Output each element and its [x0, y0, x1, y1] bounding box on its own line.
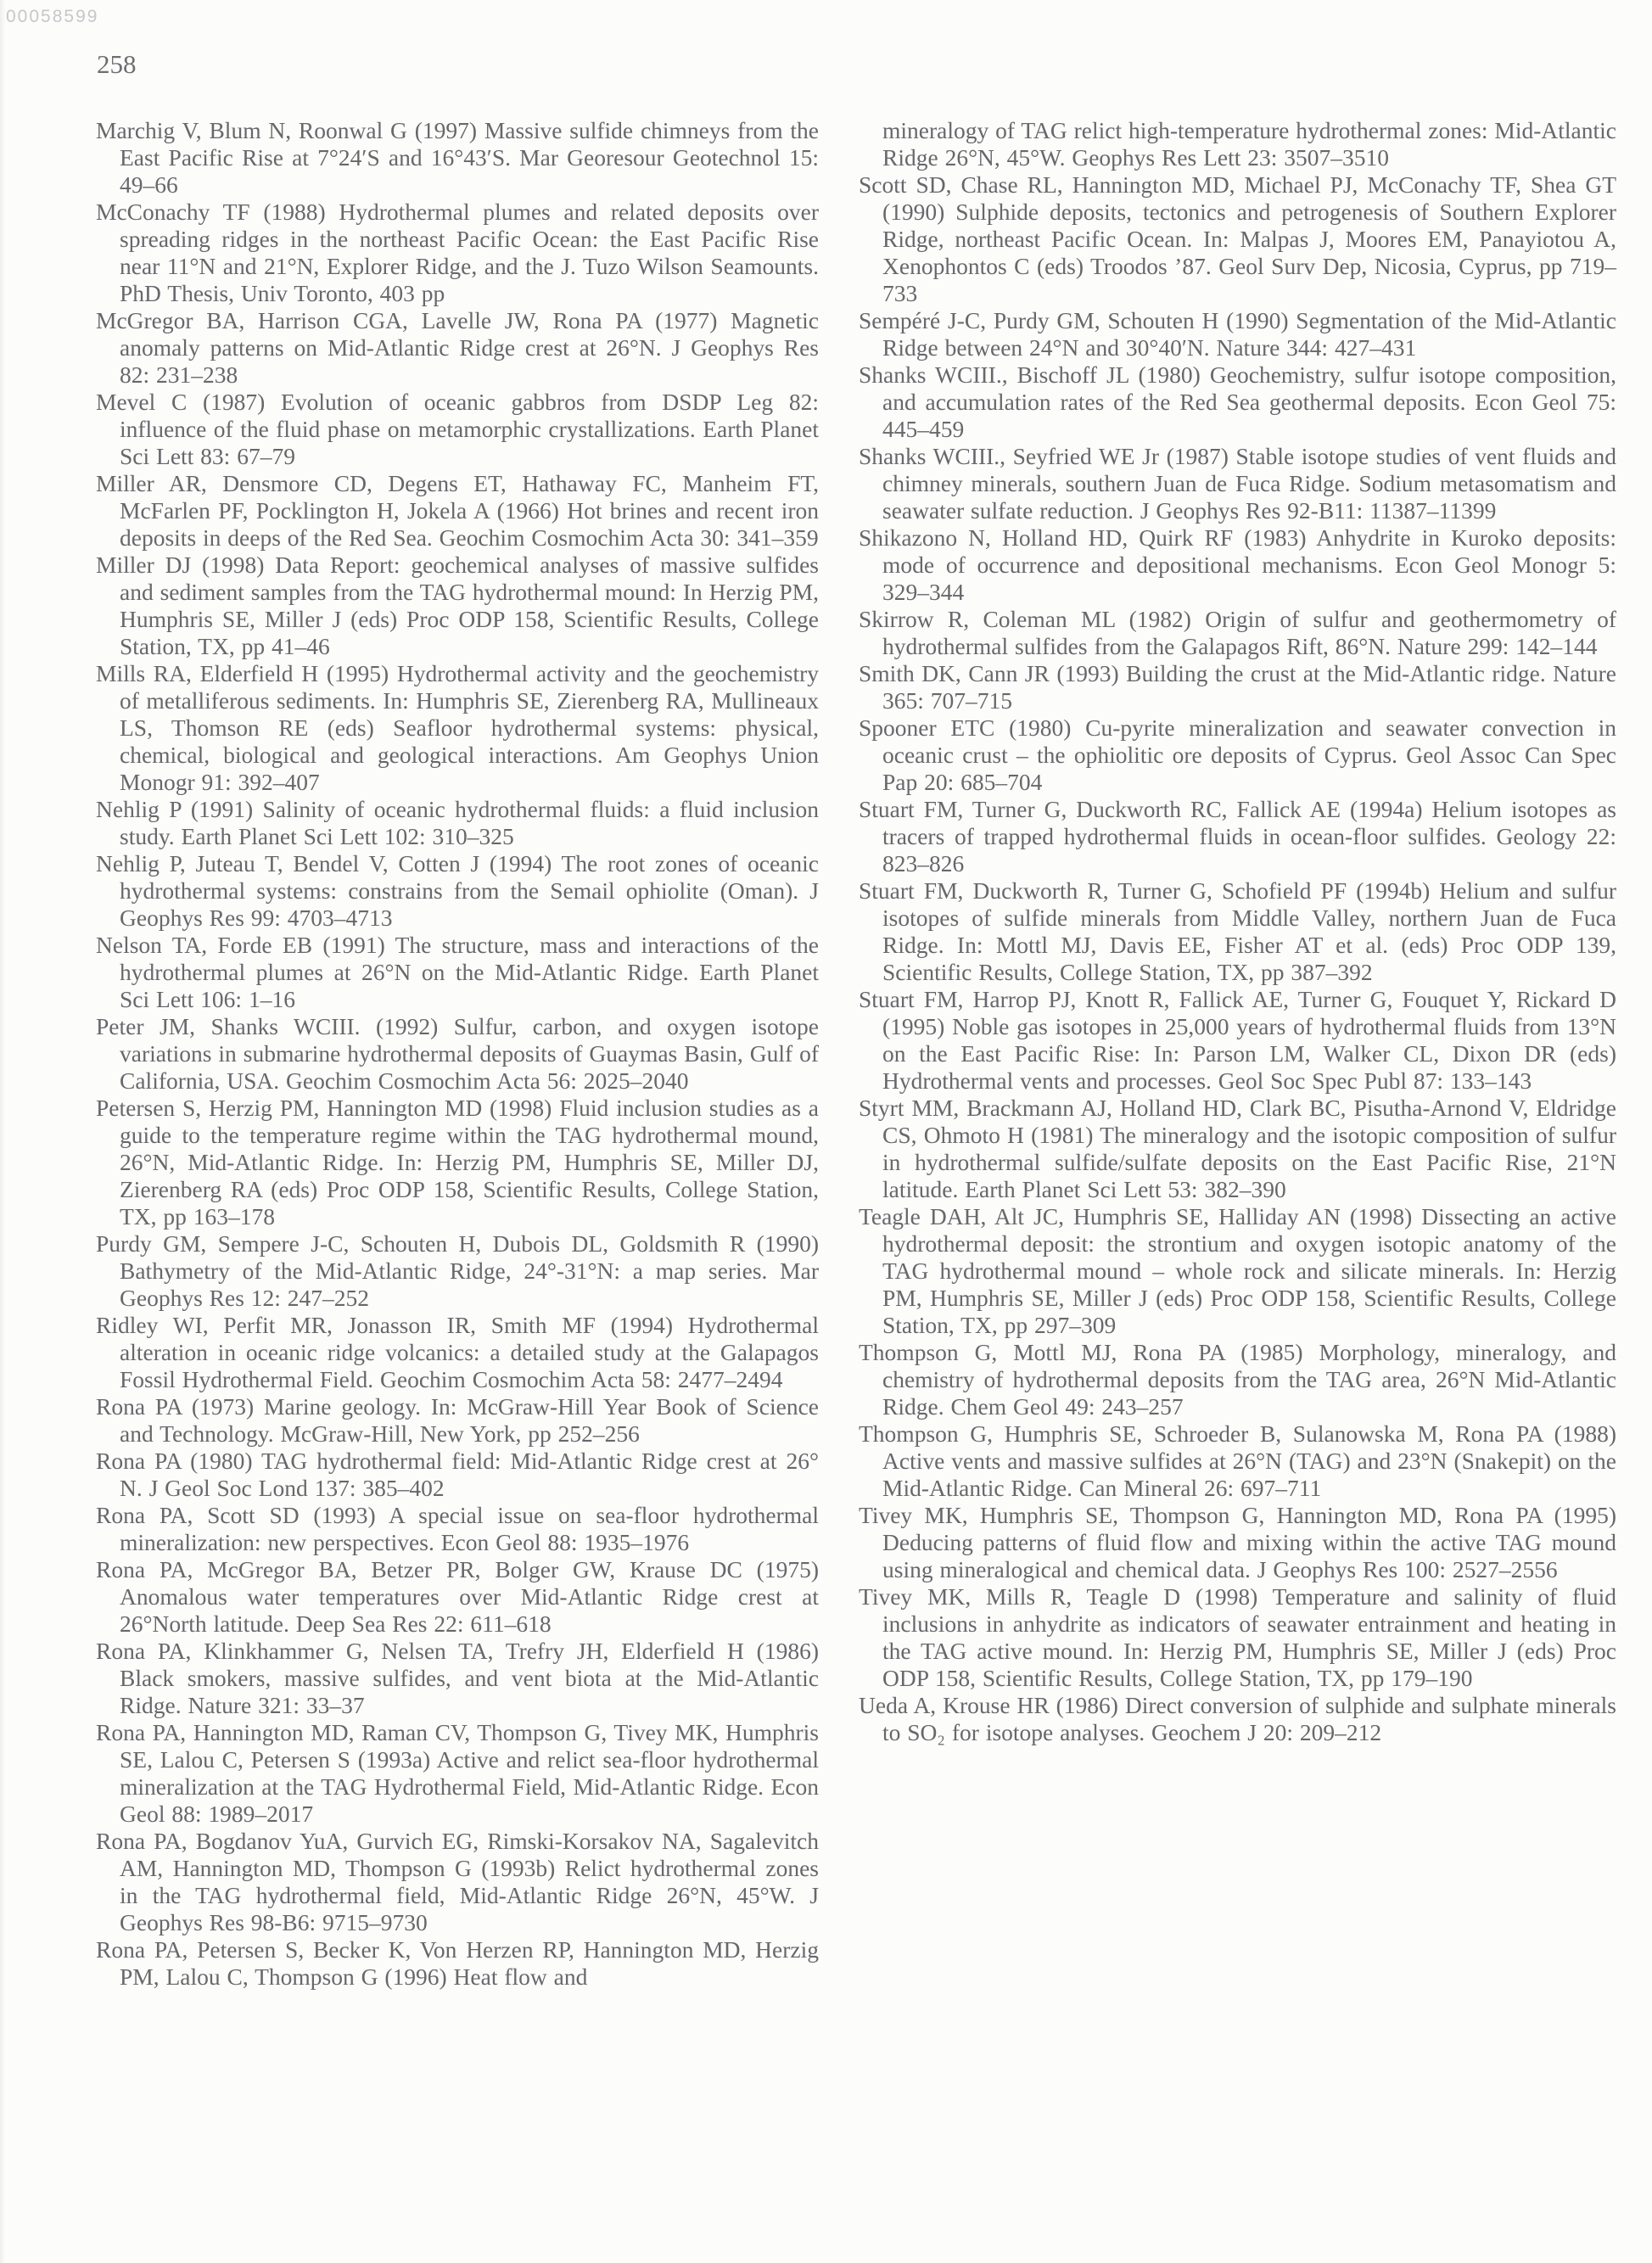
reference-entry: Mills RA, Elderfield H (1995) Hydrotherm…	[96, 660, 819, 796]
reference-entry: Smith DK, Cann JR (1993) Building the cr…	[859, 660, 1616, 714]
reference-entry: Rona PA (1980) TAG hydrothermal field: M…	[96, 1448, 819, 1502]
reference-continuation: mineralogy of TAG relict high-temperatur…	[859, 117, 1616, 171]
reference-entry: Ueda A, Krouse HR (1986) Direct conversi…	[859, 1692, 1616, 1746]
reference-entry: Nelson TA, Forde EB (1991) The structure…	[96, 932, 819, 1013]
reference-entry: Tivey MK, Mills R, Teagle D (1998) Tempe…	[859, 1583, 1616, 1692]
reference-entry: McConachy TF (1988) Hydrothermal plumes …	[96, 199, 819, 307]
reference-entry: Marchig V, Blum N, Roonwal G (1997) Mass…	[96, 117, 819, 199]
reference-entry: Stuart FM, Duckworth R, Turner G, Schofi…	[859, 877, 1616, 986]
reference-entry: Scott SD, Chase RL, Hannington MD, Micha…	[859, 171, 1616, 307]
reference-entry: Miller DJ (1998) Data Report: geochemica…	[96, 552, 819, 660]
reference-entry: Sempéré J-C, Purdy GM, Schouten H (1990)…	[859, 307, 1616, 361]
references-column-right: mineralogy of TAG relict high-temperatur…	[859, 117, 1616, 1746]
reference-entry: Peter JM, Shanks WCIII. (1992) Sulfur, c…	[96, 1013, 819, 1095]
reference-entry: Skirrow R, Coleman ML (1982) Origin of s…	[859, 606, 1616, 660]
reference-entry: Rona PA (1973) Marine geology. In: McGra…	[96, 1393, 819, 1448]
page-number: 258	[97, 49, 137, 80]
reference-entry: Rona PA, Scott SD (1993) A special issue…	[96, 1502, 819, 1556]
reference-entry: Petersen S, Herzig PM, Hannington MD (19…	[96, 1095, 819, 1230]
reference-entry: Stuart FM, Harrop PJ, Knott R, Fallick A…	[859, 986, 1616, 1095]
reference-entry: Stuart FM, Turner G, Duckworth RC, Falli…	[859, 796, 1616, 877]
reference-entry: Teagle DAH, Alt JC, Humphris SE, Hallida…	[859, 1203, 1616, 1339]
references-list-right: Scott SD, Chase RL, Hannington MD, Micha…	[859, 171, 1616, 1746]
scanned-page: 00058599 258 Marchig V, Blum N, Roonwal …	[0, 0, 1652, 2263]
reference-entry: Rona PA, Klinkhammer G, Nelsen TA, Trefr…	[96, 1638, 819, 1719]
reference-entry: Thompson G, Humphris SE, Schroeder B, Su…	[859, 1420, 1616, 1502]
reference-entry: Nehlig P (1991) Salinity of oceanic hydr…	[96, 796, 819, 850]
reference-entry: Shikazono N, Holland HD, Quirk RF (1983)…	[859, 524, 1616, 606]
reference-entry: Rona PA, Bogdanov YuA, Gurvich EG, Rimsk…	[96, 1828, 819, 1936]
scan-artifact-number: 00058599	[6, 7, 98, 27]
reference-entry: Rona PA, Petersen S, Becker K, Von Herze…	[96, 1936, 819, 1991]
reference-entry: Shanks WCIII., Seyfried WE Jr (1987) Sta…	[859, 443, 1616, 524]
reference-entry: Shanks WCIII., Bischoff JL (1980) Geoche…	[859, 361, 1616, 443]
reference-entry: Rona PA, Hannington MD, Raman CV, Thomps…	[96, 1719, 819, 1828]
reference-entry: Nehlig P, Juteau T, Bendel V, Cotten J (…	[96, 850, 819, 932]
reference-entry: Styrt MM, Brackmann AJ, Holland HD, Clar…	[859, 1095, 1616, 1203]
reference-entry: Mevel C (1987) Evolution of oceanic gabb…	[96, 389, 819, 470]
references-column-left: Marchig V, Blum N, Roonwal G (1997) Mass…	[96, 117, 819, 1991]
reference-entry: McGregor BA, Harrison CGA, Lavelle JW, R…	[96, 307, 819, 389]
reference-entry: Ridley WI, Perfit MR, Jonasson IR, Smith…	[96, 1312, 819, 1393]
reference-entry: Tivey MK, Humphris SE, Thompson G, Hanni…	[859, 1502, 1616, 1583]
reference-entry: Spooner ETC (1980) Cu-pyrite mineralizat…	[859, 714, 1616, 796]
reference-entry: Miller AR, Densmore CD, Degens ET, Hatha…	[96, 470, 819, 552]
reference-entry: Rona PA, McGregor BA, Betzer PR, Bolger …	[96, 1556, 819, 1638]
reference-entry: Purdy GM, Sempere J-C, Schouten H, Duboi…	[96, 1230, 819, 1312]
reference-entry: Thompson G, Mottl MJ, Rona PA (1985) Mor…	[859, 1339, 1616, 1420]
